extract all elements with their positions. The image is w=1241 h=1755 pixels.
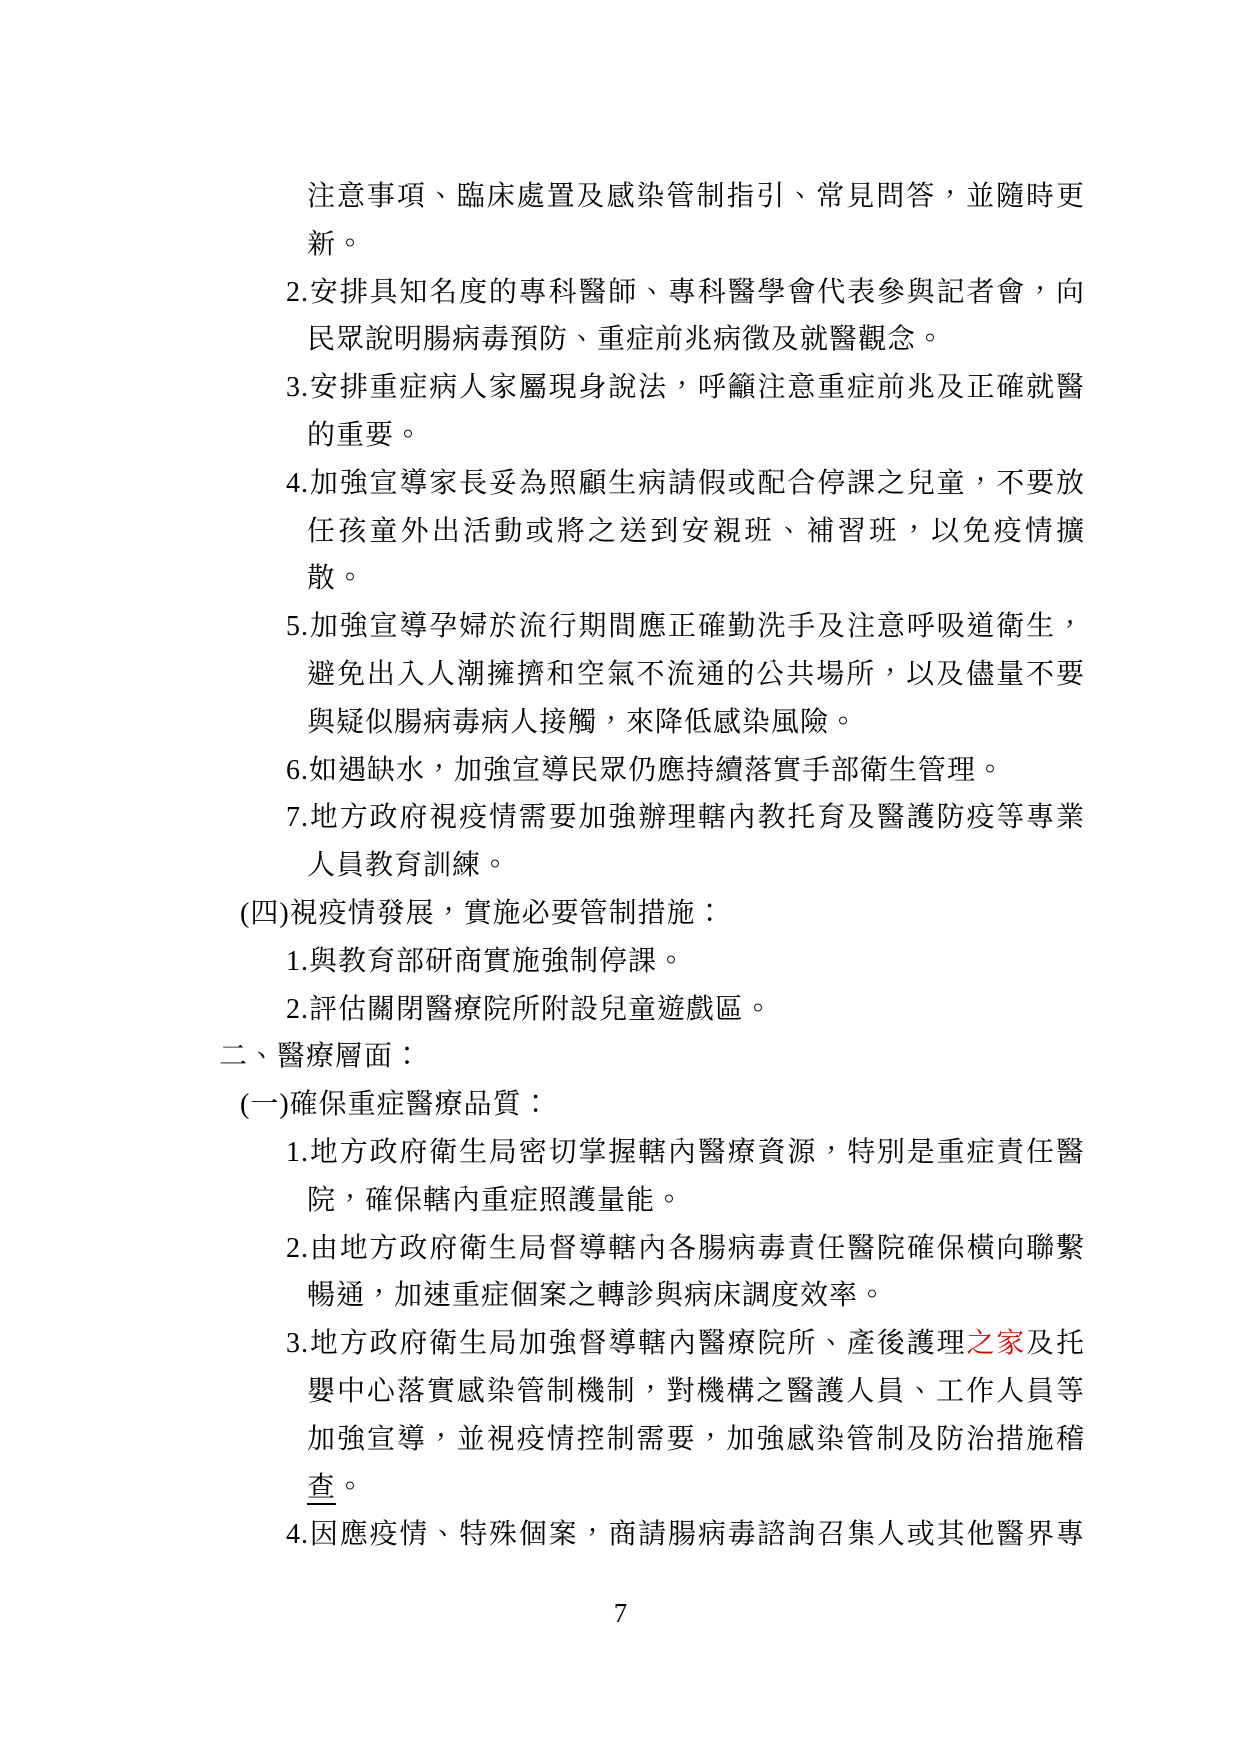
text-line: 散。: [307, 555, 1241, 603]
text-line: 嬰中心落實感染管制機制，對機構之醫護人員、工作人員等: [307, 1368, 1085, 1416]
text-line: 的重要。: [307, 412, 1241, 460]
text-line: 與疑似腸病毒病人接觸，來降低感染風險。: [307, 699, 1241, 747]
text-line: 暢通，加速重症個案之轉診與病床調度效率。: [307, 1272, 1241, 1320]
text-segment: 。: [336, 1472, 365, 1503]
text-line: 避免出入人潮擁擠和空氣不流通的公共場所，以及儘量不要: [307, 651, 1085, 699]
text-line: 2.由地方政府衛生局督導轄內各腸病毒責任醫院確保橫向聯繫: [286, 1225, 1085, 1273]
text-segment: 3.地方政府衛生局加強督導轄內醫療院所、產後護理: [286, 1328, 966, 1359]
text-line: (四)視疫情發展，實施必要管制措施：: [240, 890, 1241, 938]
underlined-text: 查: [307, 1472, 336, 1503]
text-line: 7.地方政府視疫情需要加強辦理轄內教托育及醫護防疫等專業: [286, 794, 1085, 842]
text-line: 3.安排重症病人家屬現身說法，呼籲注意重症前兆及正確就醫: [286, 364, 1085, 412]
text-line: 1.與教育部研商實施強制停課。: [286, 938, 1241, 986]
text-line: 查。: [307, 1464, 1241, 1512]
text-segment: 及托: [1026, 1328, 1085, 1359]
text-line: 1.地方政府衛生局密切掌握轄內醫療資源，特別是重症責任醫: [286, 1129, 1085, 1177]
text-line: 6.如遇缺水，加強宣導民眾仍應持續落實手部衛生管理。: [286, 747, 1241, 795]
highlighted-text: 之家: [966, 1328, 1026, 1359]
text-line: 人員教育訓練。: [307, 842, 1241, 890]
text-line: 民眾說明腸病毒預防、重症前兆病徵及就醫觀念。: [307, 316, 1241, 364]
text-line: 5.加強宣導孕婦於流行期間應正確勤洗手及注意呼吸道衛生，: [286, 603, 1085, 651]
text-line: 注意事項、臨床處置及感染管制指引、常見問答，並隨時更: [307, 173, 1085, 221]
text-line: (一)確保重症醫療品質：: [240, 1081, 1241, 1129]
text-line: 任孩童外出活動或將之送到安親班、補習班，以免疫情擴: [307, 508, 1085, 556]
document-page: 注意事項、臨床處置及感染管制指引、常見問答，並隨時更 新。 2.安排具知名度的專…: [0, 0, 1241, 1755]
text-line: 二、醫療層面：: [219, 1033, 1241, 1081]
text-line: 4.加強宣導家長妥為照顧生病請假或配合停課之兒童，不要放: [286, 460, 1085, 508]
text-line: 2.評估關閉醫療院所附設兒童遊戲區。: [286, 986, 1241, 1034]
document-content: 注意事項、臨床處置及感染管制指引、常見問答，並隨時更 新。 2.安排具知名度的專…: [0, 173, 1241, 1559]
text-line: 2.安排具知名度的專科醫師、專科醫學會代表參與記者會，向: [286, 269, 1085, 317]
text-line: 新。: [307, 221, 1241, 269]
text-line: 加強宣導，並視疫情控制需要，加強感染管制及防治措施稽: [307, 1416, 1085, 1464]
text-line: 3.地方政府衛生局加強督導轄內醫療院所、產後護理之家及托: [286, 1320, 1085, 1368]
text-line: 4.因應疫情、特殊個案，商請腸病毒諮詢召集人或其他醫界專: [286, 1511, 1085, 1559]
text-line: 院，確保轄內重症照護量能。: [307, 1177, 1241, 1225]
page-number: 7: [0, 1596, 1241, 1630]
